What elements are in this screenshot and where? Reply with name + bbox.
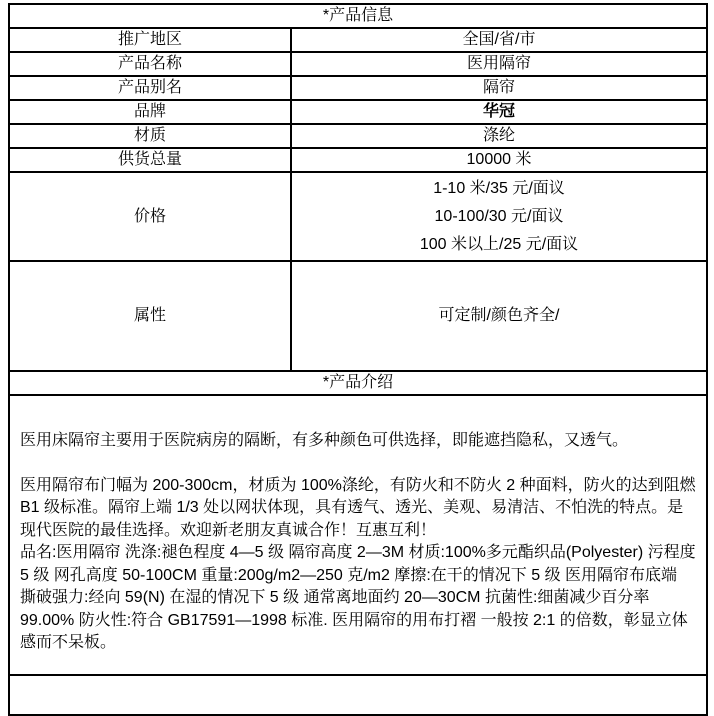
table-row: 品牌 华冠: [9, 100, 707, 124]
table-row: 属性 可定制/颜色齐全/: [9, 261, 707, 371]
row-value-promotion-area: 全国/省/市: [291, 28, 707, 52]
row-label-product-alias: 产品别名: [9, 76, 291, 100]
table-row: *产品介绍: [9, 371, 707, 395]
intro-paragraph-1: 医用床隔帘主要用于医院病房的隔断，有多种颜色可供选择，即能遮挡隐私，又透气。: [20, 430, 696, 453]
table-row: 供货总量 10000 米: [9, 148, 707, 172]
price-line-1: 1-10 米/35 元/面议: [292, 175, 706, 203]
table-row: 医用床隔帘主要用于医院病房的隔断，有多种颜色可供选择，即能遮挡隐私，又透气。 医…: [9, 395, 707, 675]
table-row: 材质 涤纶: [9, 124, 707, 148]
table-row: 价格 1-10 米/35 元/面议 10-100/30 元/面议 100 米以上…: [9, 172, 707, 261]
table-row: 推广地区 全国/省/市: [9, 28, 707, 52]
product-introduction-cell: 医用床隔帘主要用于医院病房的隔断，有多种颜色可供选择，即能遮挡隐私，又透气。 医…: [9, 395, 707, 675]
row-value-supply-total: 10000 米: [291, 148, 707, 172]
row-label-brand: 品牌: [9, 100, 291, 124]
row-value-product-alias: 隔帘: [291, 76, 707, 100]
row-value-price: 1-10 米/35 元/面议 10-100/30 元/面议 100 米以上/25…: [291, 172, 707, 261]
row-value-attributes: 可定制/颜色齐全/: [291, 261, 707, 371]
row-value-material: 涤纶: [291, 124, 707, 148]
row-value-brand: 华冠: [291, 100, 707, 124]
table-row: 产品名称 医用隔帘: [9, 52, 707, 76]
row-label-promotion-area: 推广地区: [9, 28, 291, 52]
row-label-attributes: 属性: [9, 261, 291, 371]
price-line-2: 10-100/30 元/面议: [292, 203, 706, 231]
price-line-3: 100 米以上/25 元/面议: [292, 231, 706, 259]
table-row: [9, 675, 707, 715]
row-label-price: 价格: [9, 172, 291, 261]
row-value-product-name: 医用隔帘: [291, 52, 707, 76]
empty-row-cell: [9, 675, 707, 715]
intro-paragraph-3: 品名:医用隔帘 洗涤:褪色程度 4—5 级 隔帘高度 2—3M 材质:100%多…: [20, 542, 696, 655]
table-row: *产品信息: [9, 4, 707, 28]
section-header-product-introduction: *产品介绍: [9, 371, 707, 395]
product-info-table: *产品信息 推广地区 全国/省/市 产品名称 医用隔帘 产品别名 隔帘 品牌 华…: [8, 3, 708, 716]
section-header-product-info: *产品信息: [9, 4, 707, 28]
intro-paragraph-2: 医用隔帘布门幅为 200-300cm，材质为 100%涤纶，有防火和不防火 2 …: [20, 475, 696, 543]
table-row: 产品别名 隔帘: [9, 76, 707, 100]
row-label-supply-total: 供货总量: [9, 148, 291, 172]
row-label-material: 材质: [9, 124, 291, 148]
row-label-product-name: 产品名称: [9, 52, 291, 76]
